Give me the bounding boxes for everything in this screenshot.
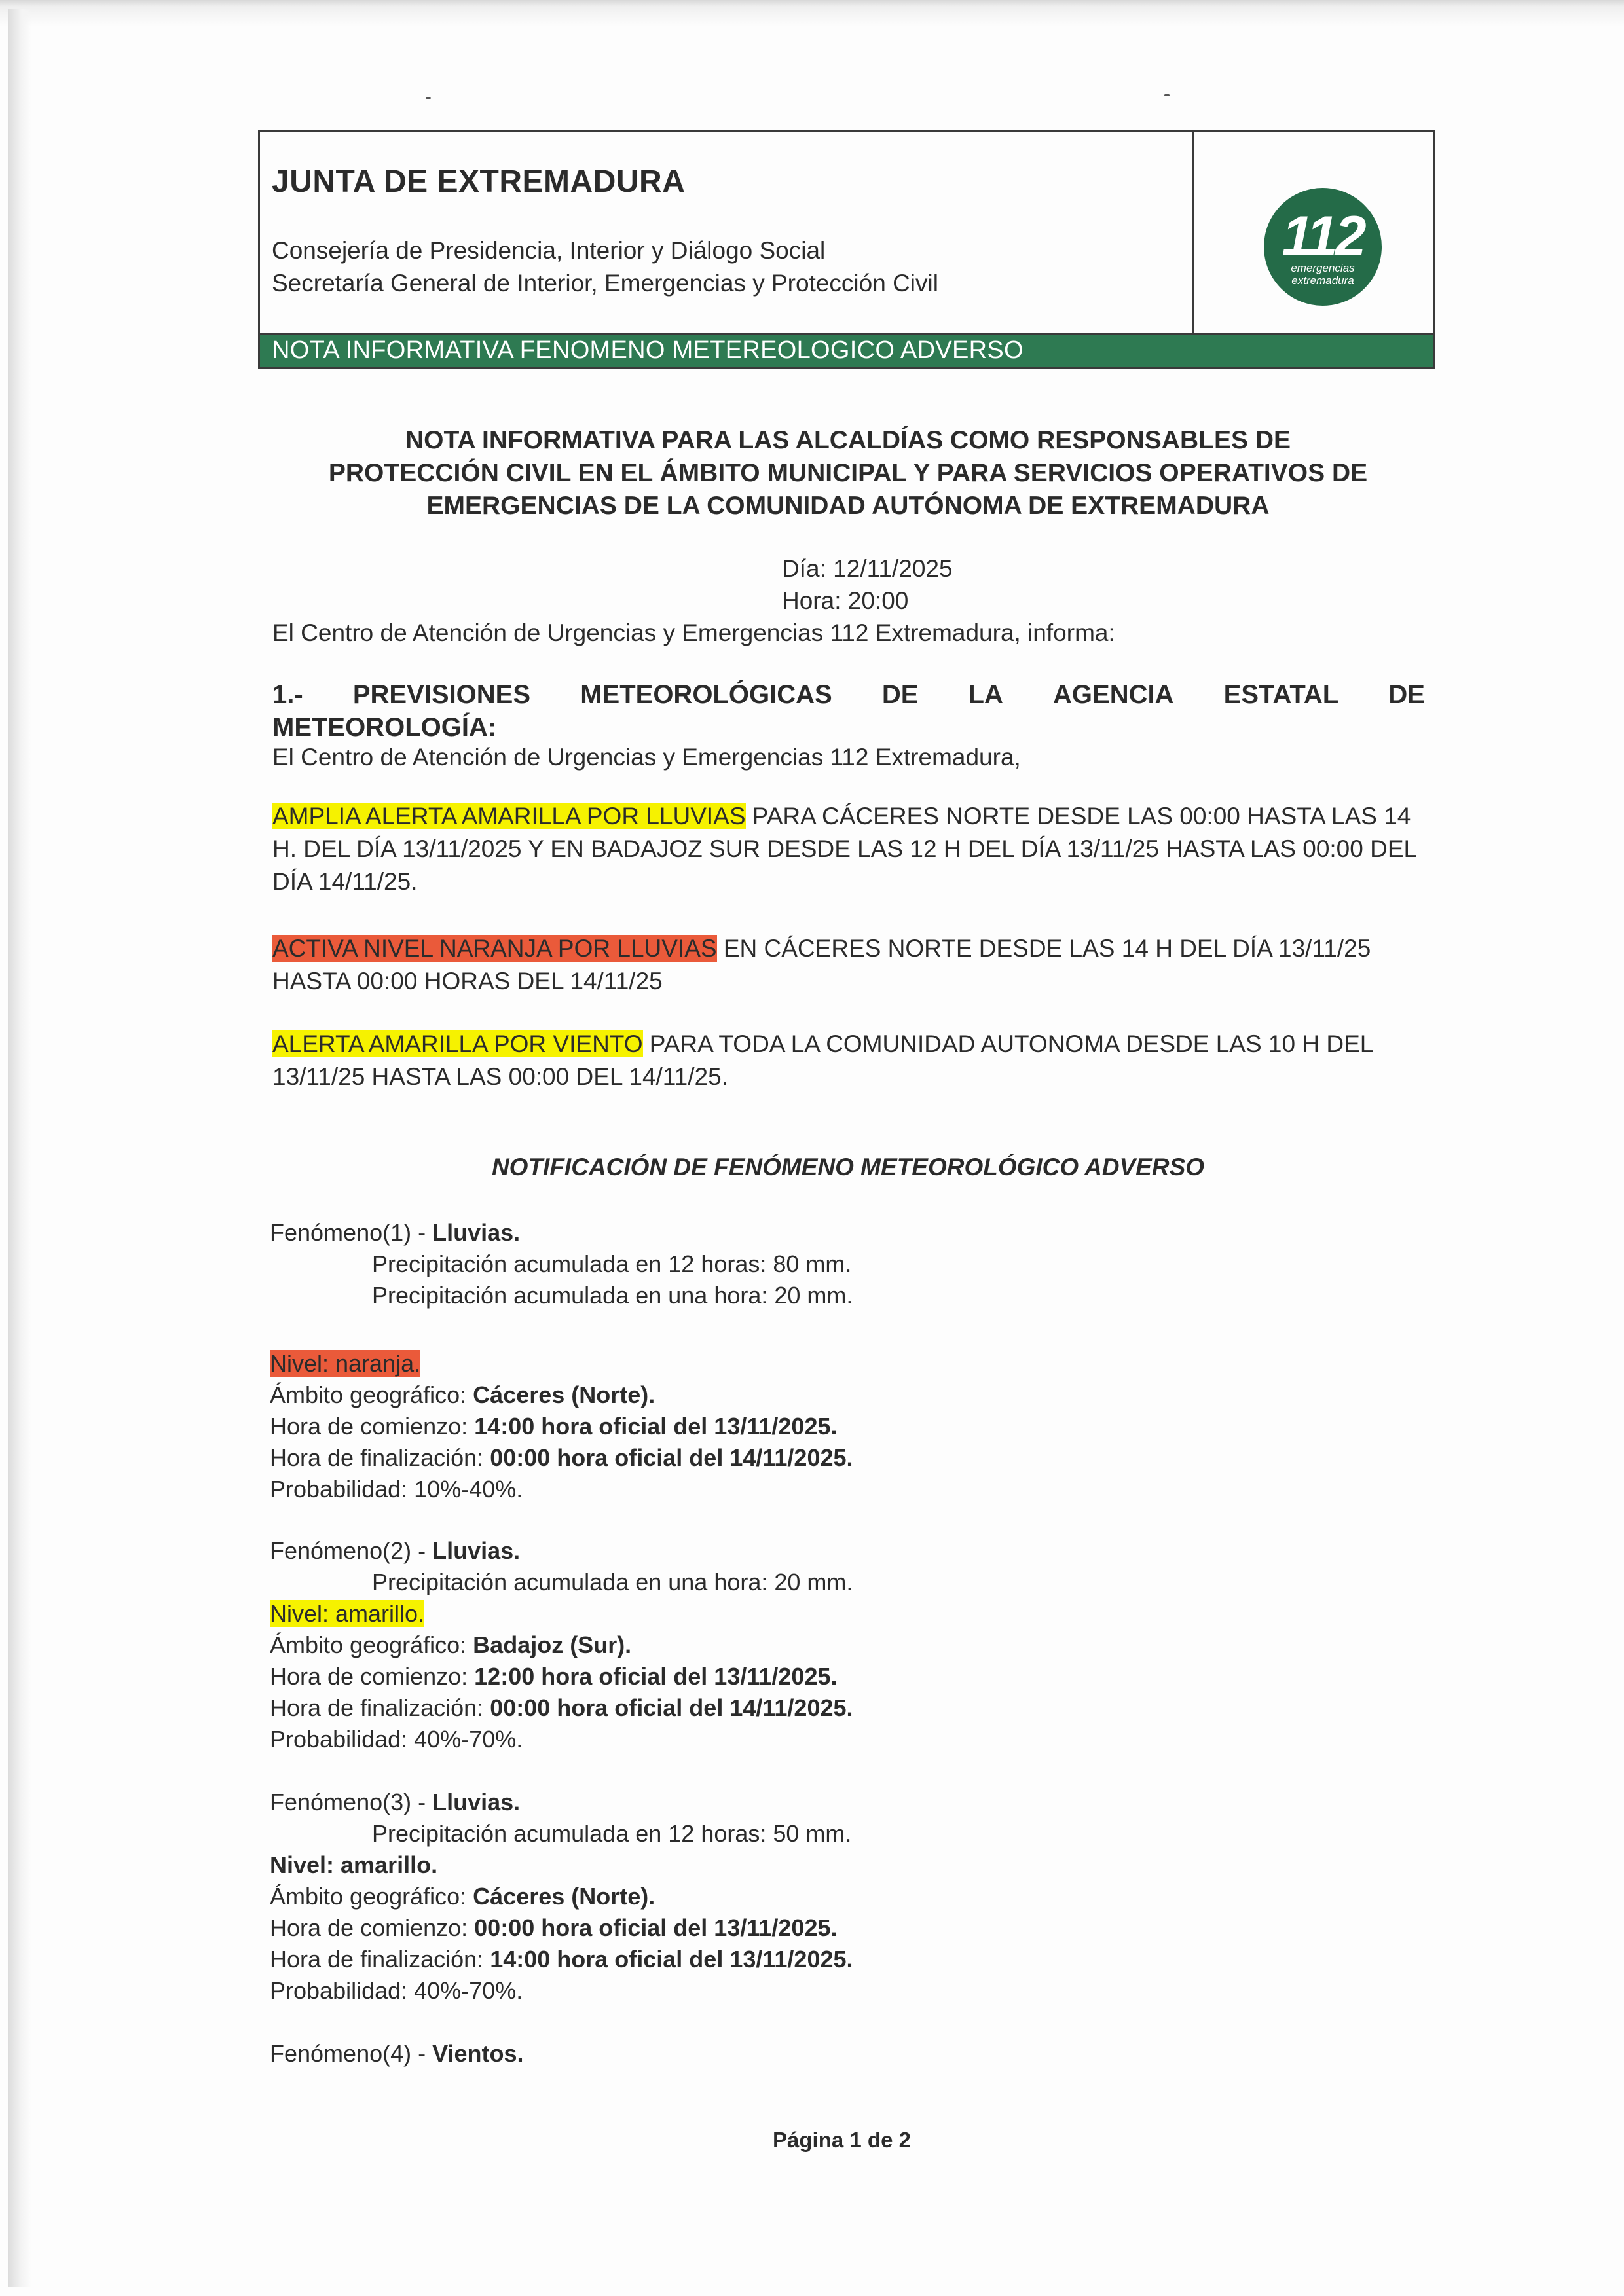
department-line-1: Consejería de Presidencia, Interior y Di… (272, 237, 825, 264)
field-value: 00:00 hora oficial del 14/11/2025. (490, 1694, 853, 1721)
phenomenon-label: Fenómeno(3) - (270, 1789, 432, 1815)
alert-yellow-wind: ALERTA AMARILLA POR VIENTO PARA TODA LA … (272, 1028, 1425, 1093)
level-badge-yellow: Nivel: amarillo. (270, 1600, 424, 1627)
scan-speck (426, 97, 431, 99)
field-label: Hora de comienzo: (270, 1663, 474, 1690)
section-1-heading-line-1: 1.- PREVISIONES METEOROLÓGICAS DE LA AGE… (272, 678, 1425, 711)
notification-heading: NOTIFICACIÓN DE FENÓMENO METEOROLÓGICO A… (262, 1154, 1434, 1181)
field-label: Hora de comienzo: (270, 1914, 474, 1941)
phenomenon-3-title: Fenómeno(3) - Lluvias. (270, 1789, 520, 1816)
document-title: NOTA INFORMATIVA PARA LAS ALCALDÍAS COMO… (262, 424, 1434, 522)
heading-word: 1.- (272, 678, 303, 711)
phenomenon-detail: Precipitación acumulada en 12 horas: 50 … (372, 1820, 851, 1848)
phenomenon-2-title: Fenómeno(2) - Lluvias. (270, 1537, 520, 1565)
heading-word: DE (1388, 678, 1425, 711)
heading-word: AGENCIA (1053, 678, 1173, 711)
intro-text: El Centro de Atención de Urgencias y Eme… (272, 619, 1115, 647)
phenomenon-3-level: Nivel: amarillo. (270, 1851, 437, 1879)
field-value: 14:00 hora oficial del 13/11/2025. (490, 1946, 853, 1973)
field-value: 00:00 hora oficial del 13/11/2025. (474, 1914, 837, 1941)
phenomenon-2-end: Hora de finalización: 00:00 hora oficial… (270, 1694, 853, 1722)
level-text-bold: Nivel: amarillo. (270, 1851, 437, 1878)
phenomenon-1-end: Hora de finalización: 00:00 hora oficial… (270, 1444, 853, 1472)
field-label: Ámbito geográfico: (270, 1883, 473, 1910)
phenomenon-label: Fenómeno(4) - (270, 2040, 432, 2067)
title-line: EMERGENCIAS DE LA COMUNIDAD AUTÓNOMA DE … (262, 490, 1434, 522)
field-label: Ámbito geográfico: (270, 1631, 473, 1658)
phenomenon-3-end: Hora de finalización: 14:00 hora oficial… (270, 1946, 853, 1973)
phenomenon-3-start: Hora de comienzo: 00:00 hora oficial del… (270, 1914, 837, 1942)
phenomenon-2-level: Nivel: amarillo. (270, 1600, 424, 1628)
section-1-heading-line-2: METEOROLOGÍA: (272, 711, 1425, 744)
field-value: Cáceres (Norte). (473, 1381, 655, 1408)
document-time: Hora: 20:00 (782, 587, 908, 615)
organization-title: JUNTA DE EXTREMADURA (272, 164, 685, 200)
document-type-band: NOTA INFORMATIVA FENOMENO METEREOLOGICO … (260, 333, 1433, 367)
logo-number: 112 (1282, 211, 1363, 262)
scan-shadow-left (8, 9, 31, 2287)
phenomenon-detail: Precipitación acumulada en una hora: 20 … (372, 1282, 853, 1309)
phenomenon-label: Fenómeno(2) - (270, 1537, 432, 1564)
heading-word: ESTATAL (1224, 678, 1339, 711)
phenomenon-3-probability: Probabilidad: 40%-70%. (270, 1977, 523, 2005)
phenomenon-label: Fenómeno(1) - (270, 1219, 432, 1246)
logo-line-2: extremadura (1291, 274, 1354, 287)
logo-line-1: emergencias (1291, 262, 1354, 274)
field-label: Hora de finalización: (270, 1694, 490, 1721)
field-label: Hora de finalización: (270, 1946, 490, 1973)
scan-speck (1164, 94, 1170, 96)
field-label: Ámbito geográfico: (270, 1381, 473, 1408)
heading-word: PREVISIONES (353, 678, 530, 711)
letterhead-text-area: JUNTA DE EXTREMADURA Consejería de Presi… (260, 132, 1194, 335)
scan-shadow-top (0, 0, 1624, 26)
phenomenon-1-level: Nivel: naranja. (270, 1350, 420, 1377)
document-date: Día: 12/11/2025 (782, 555, 953, 583)
current-page: 1 (849, 2128, 861, 2152)
phenomenon-type: Lluvias. (432, 1537, 520, 1564)
phenomenon-1-start: Hora de comienzo: 14:00 hora oficial del… (270, 1413, 837, 1440)
phenomenon-4-title: Fenómeno(4) - Vientos. (270, 2040, 524, 2068)
phenomenon-1-probability: Probabilidad: 10%-40%. (270, 1476, 523, 1503)
field-label: Hora de comienzo: (270, 1413, 474, 1440)
department-line-2: Secretaría General de Interior, Emergenc… (272, 270, 938, 297)
phenomenon-type: Lluvias. (432, 1789, 520, 1815)
level-badge-orange: Nivel: naranja. (270, 1350, 420, 1377)
title-line: NOTA INFORMATIVA PARA LAS ALCALDÍAS COMO… (262, 424, 1434, 457)
phenomenon-2-probability: Probabilidad: 40%-70%. (270, 1726, 523, 1753)
alert-highlight-yellow: AMPLIA ALERTA AMARILLA POR LLUVIAS (272, 803, 746, 829)
phenomenon-type: Lluvias. (432, 1219, 520, 1246)
heading-word: LA (969, 678, 1003, 711)
heading-word: METEOROLÓGICAS (580, 678, 832, 711)
page-number: Página 1 de 2 (773, 2128, 911, 2153)
phenomenon-3-area: Ámbito geográfico: Cáceres (Norte). (270, 1883, 655, 1910)
letterhead: JUNTA DE EXTREMADURA Consejería de Presi… (258, 130, 1435, 369)
heading-word: DE (882, 678, 919, 711)
total-pages: 2 (899, 2128, 911, 2152)
field-value: 14:00 hora oficial del 13/11/2025. (474, 1413, 837, 1440)
page-of: de (868, 2128, 893, 2152)
phenomenon-1-area: Ámbito geográfico: Cáceres (Norte). (270, 1381, 655, 1409)
alert-yellow-rain: AMPLIA ALERTA AMARILLA POR LLUVIAS PARA … (272, 800, 1425, 898)
phenomenon-2-start: Hora de comienzo: 12:00 hora oficial del… (270, 1663, 837, 1690)
alert-highlight-orange: ACTIVA NIVEL NARANJA POR LLUVIAS (272, 935, 717, 962)
logo-area: 112 emergencias extremadura (1196, 132, 1433, 335)
field-value: Cáceres (Norte). (473, 1883, 655, 1910)
emergency-112-logo: 112 emergencias extremadura (1264, 188, 1382, 306)
phenomenon-type: Vientos. (432, 2040, 523, 2067)
section-1-intro: El Centro de Atención de Urgencias y Eme… (272, 744, 1021, 771)
alert-highlight-yellow: ALERTA AMARILLA POR VIENTO (272, 1030, 643, 1057)
section-1-heading: 1.- PREVISIONES METEOROLÓGICAS DE LA AGE… (272, 678, 1425, 744)
alert-orange-rain: ACTIVA NIVEL NARANJA POR LLUVIAS EN CÁCE… (272, 932, 1425, 998)
title-line: PROTECCIÓN CIVIL EN EL ÁMBITO MUNICIPAL … (262, 457, 1434, 490)
phenomenon-2-area: Ámbito geográfico: Badajoz (Sur). (270, 1631, 631, 1659)
field-value: 00:00 hora oficial del 14/11/2025. (490, 1444, 853, 1471)
phenomenon-1-title: Fenómeno(1) - Lluvias. (270, 1219, 520, 1247)
phenomenon-detail: Precipitación acumulada en 12 horas: 80 … (372, 1250, 851, 1278)
field-value: 12:00 hora oficial del 13/11/2025. (474, 1663, 837, 1690)
phenomenon-detail: Precipitación acumulada en una hora: 20 … (372, 1569, 853, 1596)
field-label: Hora de finalización: (270, 1444, 490, 1471)
field-value: Badajoz (Sur). (473, 1631, 631, 1658)
page-label: Página (773, 2128, 843, 2152)
document-type-title: NOTA INFORMATIVA FENOMENO METEREOLOGICO … (272, 337, 1024, 365)
